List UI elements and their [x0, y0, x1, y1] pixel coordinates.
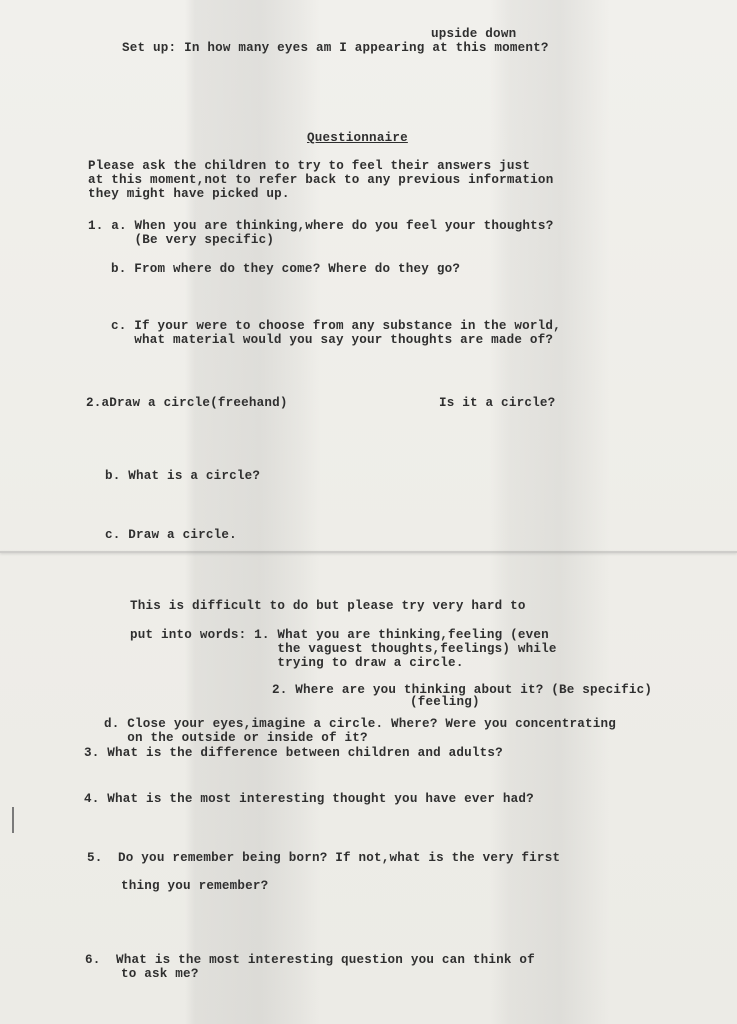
question-2a: 2.aDraw a circle(freehand): [86, 396, 288, 410]
instructions-line-1: Please ask the children to try to feel t…: [88, 159, 530, 173]
question-2c: c. Draw a circle.: [105, 528, 237, 542]
question-6-cont: to ask me?: [121, 967, 199, 981]
instructions-line-3: they might have picked up.: [88, 187, 290, 201]
question-1b: b. From where do they come? Where do the…: [111, 262, 460, 276]
paper-sheet: [0, 0, 737, 1024]
question-1c-cont: what material would you say your thought…: [111, 333, 553, 347]
question-5-cont: thing you remember?: [121, 879, 268, 893]
page-title: Questionnaire: [307, 131, 408, 145]
setup-question: In how many eyes am I appearing at this …: [184, 41, 549, 55]
question-2c-note-4: trying to draw a circle.: [130, 656, 464, 670]
setup-annotation: upside down: [431, 27, 516, 41]
question-2b: b. What is a circle?: [105, 469, 260, 483]
question-2d: d. Close your eyes,imagine a circle. Whe…: [104, 717, 616, 731]
pencil-mark: [12, 807, 14, 833]
question-2c-sub2-annotation: (feeling): [410, 695, 480, 709]
question-4: 4. What is the most interesting thought …: [84, 792, 534, 806]
question-2a-right: Is it a circle?: [439, 396, 555, 410]
fold-crease: [0, 551, 737, 553]
question-6: 6. What is the most interesting question…: [85, 953, 535, 967]
question-2c-note-3: the vaguest thoughts,feelings) while: [130, 642, 557, 656]
instructions-line-2: at this moment,not to refer back to any …: [88, 173, 553, 187]
question-3: 3. What is the difference between childr…: [84, 746, 503, 760]
question-2c-note-1: This is difficult to do but please try v…: [130, 599, 526, 613]
question-1c: c. If your were to choose from any subst…: [111, 319, 561, 333]
question-2c-note-2: put into words: 1. What you are thinking…: [130, 628, 549, 642]
question-1a: 1. a. When you are thinking,where do you…: [88, 219, 553, 233]
setup-line: Set up: In how many eyes am I appearing …: [122, 41, 549, 55]
setup-label: Set up:: [122, 41, 176, 55]
question-1a-note: (Be very specific): [88, 233, 274, 247]
question-2d-cont: on the outside or inside of it?: [104, 731, 368, 745]
question-5: 5. Do you remember being born? If not,wh…: [87, 851, 560, 865]
